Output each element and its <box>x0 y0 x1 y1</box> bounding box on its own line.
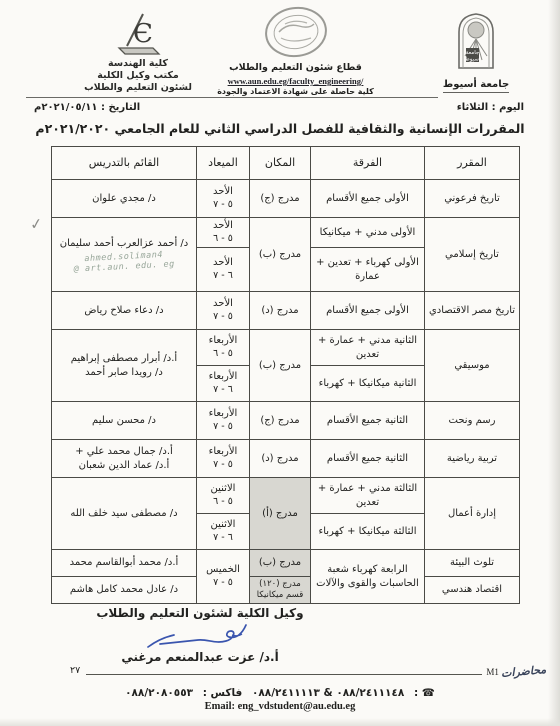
cell-group: الثانية مدني + عمارة + تعدين <box>311 330 425 366</box>
cell-course: تاريخ مصر الاقتصادي <box>425 292 520 330</box>
email-line: Email: eng_vdstudent@au.edu.eg <box>0 701 560 712</box>
cell-place: مدرج (ب) <box>250 330 311 402</box>
table-row: تلوث البيئة الرابعة كهرباء شعبة الحاسبات… <box>52 550 520 577</box>
cell-instructor: أ.د/ محمد أبوالقاسم محمد <box>52 550 197 577</box>
time-hours: ٥ - ٦ <box>199 348 247 361</box>
instructor-name: أ.د/ عماد الدين شعبان <box>54 459 194 473</box>
time-day: الأربعاء <box>199 445 247 459</box>
cell-course: اقتصاد هندسي <box>425 577 520 604</box>
cell-course: تربية رياضية <box>425 440 520 478</box>
time-day: الاثنين <box>199 482 247 496</box>
date-label: التاريخ : ٢٠٢١/٠٥/١١م <box>34 102 140 113</box>
table-row: تاريخ فرعوني الأولى جميع الأقسام مدرج (ج… <box>52 180 520 218</box>
phone-icon-label: ☎ : <box>414 687 435 699</box>
cell-time: الأربعاء ٥ - ٧ <box>197 402 250 440</box>
cell-time: الأحد ٥ - ٧ <box>197 180 250 218</box>
cell-group: الثالثة مدني + عمارة + تعدين <box>311 478 425 514</box>
svg-text:جامعة: جامعة <box>466 50 480 56</box>
checkmark-annotation: ✓ <box>29 214 44 234</box>
m1-note: M1 <box>486 667 499 677</box>
faculty-name: كلية الهندسة <box>82 58 194 70</box>
table-row: موسيقي الثانية مدني + عمارة + تعدين مدرج… <box>52 330 520 366</box>
header-faculty-block: Є كلية الهندسة مكتب وكيل الكلية لشئون ال… <box>82 12 194 94</box>
university-name: جامعة أسيوط <box>443 79 509 93</box>
footer-divider <box>86 674 482 675</box>
handwritten-email: ahmed.soliman4 @ art.aun. edu. eg <box>54 248 195 276</box>
col-header-place: المكان <box>250 147 311 180</box>
time-hours: ٥ - ٧ <box>199 199 247 212</box>
table-row: رسم ونحت الثانية جميع الأقسام مدرج (ج) ا… <box>52 402 520 440</box>
time-hours: ٥ - ٧ <box>199 577 247 590</box>
cell-course: إدارة أعمال <box>425 478 520 550</box>
header-divider <box>26 97 438 98</box>
table-row: تاريخ مصر الاقتصادي الأولى جميع الأقسام … <box>52 292 520 330</box>
cell-course: موسيقي <box>425 330 520 402</box>
scanned-document-page: جامعة أسيوط جامعة أسيوط قطاع شئون التعلي… <box>0 0 560 726</box>
page-number: ٢٧ <box>70 665 80 676</box>
assiut-university-logo-icon: جامعة أسيوط <box>426 10 526 72</box>
svg-text:Є: Є <box>133 19 153 49</box>
col-header-course: المقرر <box>425 147 520 180</box>
cell-instructor: د/ دعاء صلاح رياض <box>52 292 197 330</box>
cell-course: رسم ونحت <box>425 402 520 440</box>
time-day: الأربعاء <box>199 370 247 384</box>
day-label: اليوم : الثلاثاء <box>457 102 524 113</box>
time-day: الاثنين <box>199 518 247 532</box>
col-header-instructor: القائم بالتدريس <box>52 147 197 180</box>
cell-group: الثالثة ميكانيكا + كهرباء <box>311 514 425 550</box>
instructor-name: د/ أحمد عزالعرب أحمد سليمان <box>54 237 194 251</box>
cell-group: الأولى مدني + ميكانيكا <box>311 218 425 248</box>
time-day: الأحد <box>199 297 247 311</box>
col-header-time: الميعاد <box>197 147 250 180</box>
cell-course: تاريخ إسلامي <box>425 218 520 292</box>
office-line-2: لشئون التعليم والطلاب <box>82 82 194 94</box>
table-row: تربية رياضية الثانية جميع الأقسام مدرج (… <box>52 440 520 478</box>
table-row: اقتصاد هندسي مدرج (١٢٠) قسم ميكانيكا د/ … <box>52 577 520 604</box>
time-day: الأحد <box>199 185 247 199</box>
handwritten-note: محاضرات <box>500 663 546 680</box>
cell-instructor: أ.د/ أبرار مصطفى إبراهيم د/ رويدا صابر أ… <box>52 330 197 402</box>
time-hours: ٦ - ٧ <box>199 384 247 397</box>
cell-time: الخميس ٥ - ٧ <box>197 550 250 604</box>
cell-time: الأربعاء ٦ - ٧ <box>197 366 250 402</box>
time-day: الخميس <box>199 563 247 577</box>
cell-instructor: د/ أحمد عزالعرب أحمد سليمان ahmed.solima… <box>52 218 197 292</box>
cell-place: مدرج (ب) <box>250 218 311 292</box>
instructor-name: أ.د/ أبرار مصطفى إبراهيم <box>54 352 194 366</box>
time-day: الأحد <box>199 219 247 233</box>
cell-time: الأربعاء ٥ - ٧ <box>197 440 250 478</box>
cell-time: الأحد ٥ - ٦ <box>197 218 250 248</box>
table-row: إدارة أعمال الثالثة مدني + عمارة + تعدين… <box>52 478 520 514</box>
header-university-block: جامعة أسيوط جامعة أسيوط <box>426 10 526 93</box>
cell-group: الثانية جميع الأقسام <box>311 440 425 478</box>
signature-handwriting-icon <box>128 619 260 653</box>
faculty-website-link: www.aun.edu.eg/faculty_engineering/ <box>208 76 383 86</box>
time-hours: ٥ - ٧ <box>199 421 247 434</box>
time-hours: ٦ - ٧ <box>199 270 247 283</box>
cell-instructor: د/ عادل محمد كامل هاشم <box>52 577 197 604</box>
table-row: تاريخ إسلامي الأولى مدني + ميكانيكا مدرج… <box>52 218 520 248</box>
cell-group: الثانية جميع الأقسام <box>311 402 425 440</box>
sector-title: قطاع شئون التعليم والطلاب <box>208 62 383 73</box>
cell-place: مدرج (ج) <box>250 402 311 440</box>
cell-instructor: أ.د/ جمال محمد علي + أ.د/ عماد الدين شعب… <box>52 440 197 478</box>
table-header-row: المقرر الفرقة المكان الميعاد القائم بالت… <box>52 147 520 180</box>
scan-edge-shadow-bottom <box>0 718 560 726</box>
col-header-group: الفرقة <box>311 147 425 180</box>
header-sector-block: قطاع شئون التعليم والطلاب www.aun.edu.eg… <box>208 6 383 96</box>
engineering-faculty-logo-icon: Є <box>82 12 194 58</box>
schedule-table: المقرر الفرقة المكان الميعاد القائم بالت… <box>51 146 520 604</box>
time-hours: ٦ - ٧ <box>199 532 247 545</box>
cell-group: الرابعة كهرباء شعبة الحاسبات والقوى والآ… <box>311 550 425 604</box>
cell-instructor: د/ محسن سليم <box>52 402 197 440</box>
footer-rule-row: ٢٧ M1 محاضرات <box>70 662 546 678</box>
accreditation-line: كلية حاصلة على شهادة الاعتماد والجودة <box>208 87 383 96</box>
phone-numbers: ٠٨٨/٢٤١١١٤٨ & ٠٨٨/٢٤١١١١٣ <box>252 687 404 699</box>
cell-place: مدرج (د) <box>250 292 311 330</box>
cell-time: الاثنين ٦ - ٧ <box>197 514 250 550</box>
cell-place: مدرج (د) <box>250 440 311 478</box>
cell-course: تاريخ فرعوني <box>425 180 520 218</box>
fax-label: فاكس : <box>203 687 243 699</box>
cell-instructor: د/ مصطفى سيد خلف الله <box>52 478 197 550</box>
cell-time: الاثنين ٥ - ٦ <box>197 478 250 514</box>
office-line-1: مكتب وكيل الكلية <box>82 70 194 82</box>
cell-place: مدرج (أ) <box>250 478 311 550</box>
cell-time: الأربعاء ٥ - ٦ <box>197 330 250 366</box>
cell-group: الأولى جميع الأقسام <box>311 180 425 218</box>
scan-edge-shadow <box>548 0 560 726</box>
instructor-name: د/ رويدا صابر أحمد <box>54 366 194 380</box>
cell-time: الأحد ٦ - ٧ <box>197 248 250 292</box>
contact-line: ☎ : ٠٨٨/٢٤١١١٤٨ & ٠٨٨/٢٤١١١١٣ فاكس : ٠٨٨… <box>0 687 560 699</box>
time-hours: ٥ - ٧ <box>199 459 247 472</box>
time-hours: ٥ - ٦ <box>199 233 247 246</box>
cell-course: تلوث البيئة <box>425 550 520 577</box>
cell-place: مدرج (ب) <box>250 550 311 577</box>
svg-text:أسيوط: أسيوط <box>465 55 481 63</box>
accreditation-stamp-icon <box>208 6 383 60</box>
time-hours: ٥ - ٦ <box>199 496 247 509</box>
cell-group: الأولى جميع الأقسام <box>311 292 425 330</box>
cell-place: مدرج (ج) <box>250 180 311 218</box>
cell-place: مدرج (١٢٠) قسم ميكانيكا <box>250 577 311 604</box>
time-day: الأربعاء <box>199 407 247 421</box>
time-hours: ٥ - ٧ <box>199 311 247 324</box>
cell-instructor: د/ مجدي علوان <box>52 180 197 218</box>
instructor-name: أ.د/ جمال محمد علي + <box>54 445 194 459</box>
time-day: الأحد <box>199 256 247 270</box>
fax-number: ٠٨٨/٢٠٨٠٥٥٣ <box>125 687 193 699</box>
cell-time: الأحد ٥ - ٧ <box>197 292 250 330</box>
page-title: المقررات الإنسانية والثقافية للفصل الدرا… <box>0 121 560 136</box>
vice-dean-title: وكيل الكلية لشئون التعليم والطلاب <box>92 606 308 620</box>
time-day: الأربعاء <box>199 334 247 348</box>
cell-group: الأولى كهرباء + تعدين + عمارة <box>311 248 425 292</box>
cell-group: الثانية ميكانيكا + كهرباء <box>311 366 425 402</box>
